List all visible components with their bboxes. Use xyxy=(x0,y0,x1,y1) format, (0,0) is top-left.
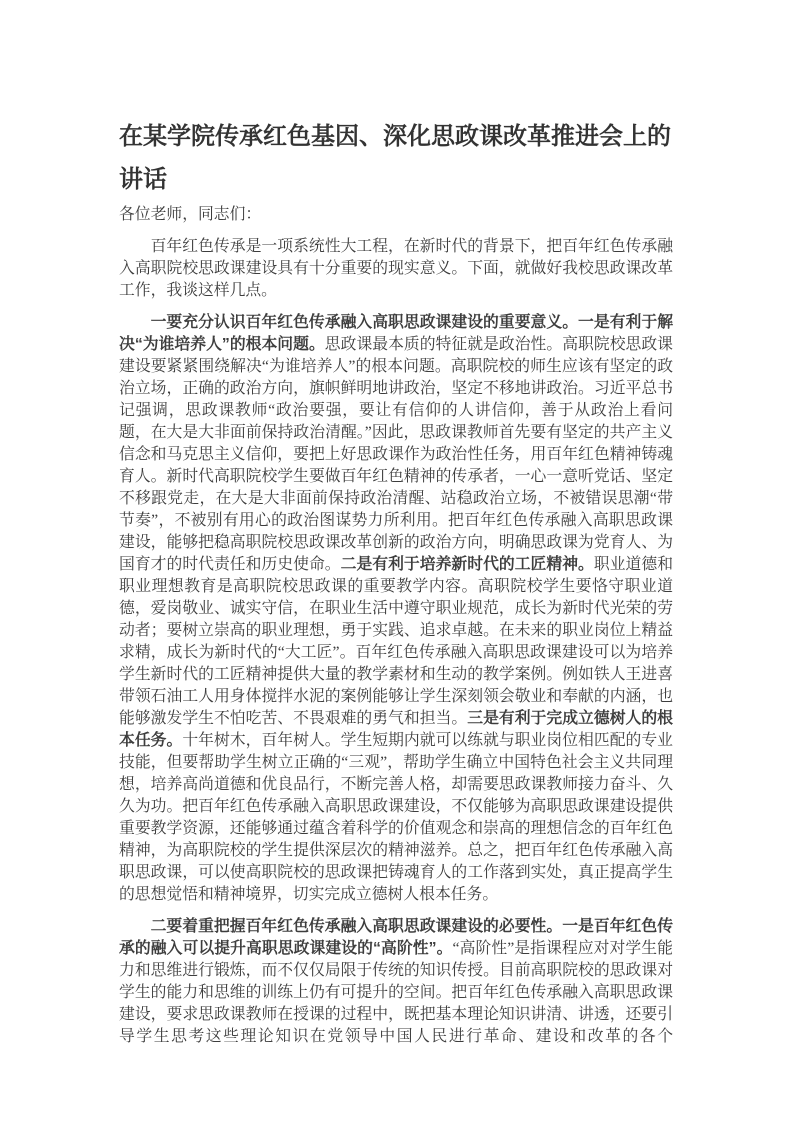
salutation: 各位老师，同志们： xyxy=(119,204,673,226)
bold-text-run: 二是有利于培养新时代的工匠精神。 xyxy=(341,556,594,573)
document-page: 在某学院传承红色基因、深化思政课改革推进会上的讲话 各位老师，同志们： 百年红色… xyxy=(0,0,793,1122)
text-run: 思政课最本质的特征就是政治性。高职院校思政课建设要紧紧围绕解决“为谁培养人”的根… xyxy=(119,336,673,573)
paragraph: 二要着重把握百年红色传承融入高职思政课建设的必要性。一是百年红色传承的融入可以提… xyxy=(119,916,673,1048)
document-title: 在某学院传承红色基因、深化思政课改革推进会上的讲话 xyxy=(119,115,673,201)
text-run: 职业道德和职业理想教育是高职院校思政课的重要教学内容。高职院校学生要恪守职业道德… xyxy=(119,556,673,727)
document-body: 百年红色传承是一项系统性大工程，在新时代的背景下，把百年红色传承融入高职院校思政… xyxy=(119,236,673,1048)
paragraph: 一要充分认识百年红色传承融入高职思政课建设的重要意义。一是有利于解决“为谁培养人… xyxy=(119,312,673,906)
text-run: 百年红色传承是一项系统性大工程，在新时代的背景下，把百年红色传承融入高职院校思政… xyxy=(119,238,673,299)
text-run: 十年树木，百年树人。学生短期内就可以练就与职业岗位相匹配的专业技能，但要帮助学生… xyxy=(119,732,673,903)
paragraph: 百年红色传承是一项系统性大工程，在新时代的背景下，把百年红色传承融入高职院校思政… xyxy=(119,236,673,302)
